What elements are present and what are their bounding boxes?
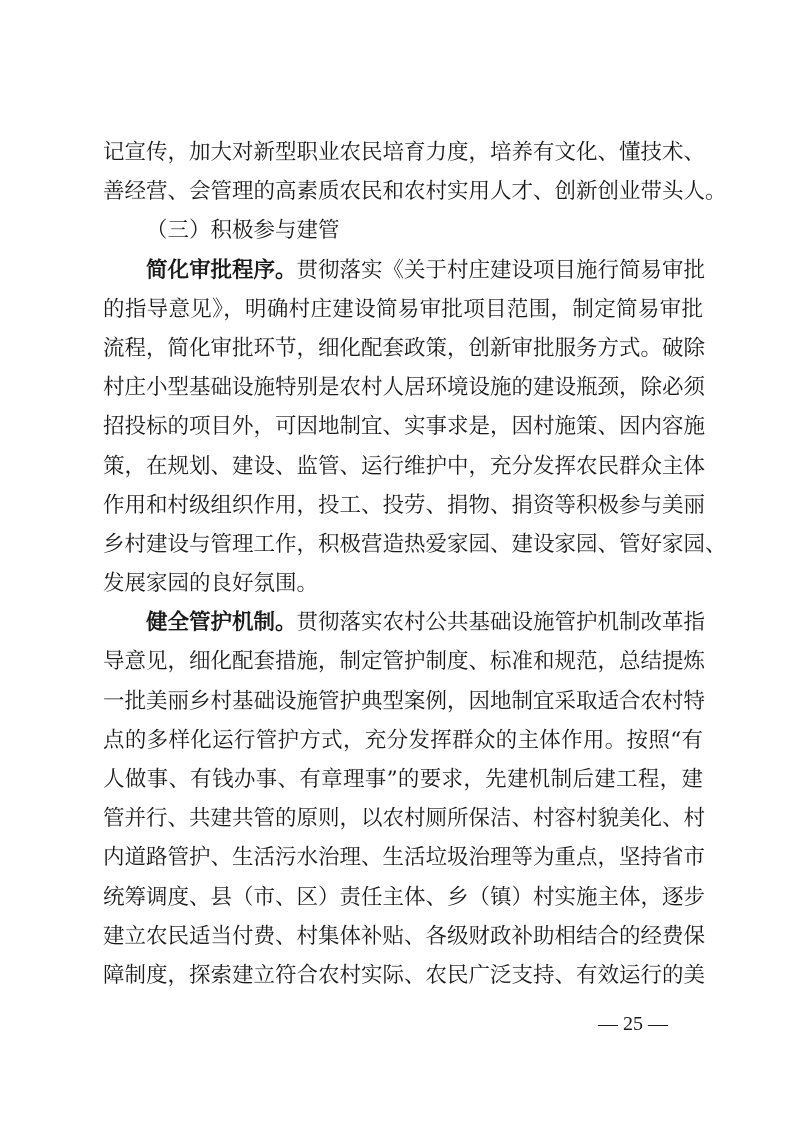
body-text-line: 一批美丽乡村基础设施管护典型案例，因地制宜采取适合农村特: [103, 682, 703, 721]
body-text-line: 点的多样化运行管护方式，充分发挥群众的主体作用。按照“有: [103, 721, 703, 760]
paragraph-lead-heading: 简化审批程序。: [146, 258, 297, 283]
paragraph-lead-heading: 健全管护机制。: [146, 610, 297, 635]
page-number: — 25 —: [598, 1013, 668, 1036]
body-text-line: 人做事、有钱办事、有章理事”的要求，先建机制后建工程，建: [103, 760, 703, 799]
body-text-line: 统筹调度、县（市、区）责任主体、乡（镇）村实施主体，逐步: [103, 878, 703, 917]
body-text-line: 管并行、共建共管的原则，以农村厕所保洁、村容村貌美化、村: [103, 799, 703, 838]
body-text-line: 记宣传，加大对新型职业农民培育力度，培养有文化、懂技术、: [103, 133, 703, 172]
body-text-line: 招投标的项目外，可因地制宜、实事求是，因村施策、因内容施: [103, 407, 703, 446]
body-text-line: 障制度，探索建立符合农村实际、农民广泛支持、有效运行的美: [103, 956, 703, 995]
paragraph-first-line: 健全管护机制。贯彻落实农村公共基础设施管护机制改革指: [103, 603, 703, 642]
body-text-line: 发展家园的良好氛围。: [103, 564, 703, 603]
body-text: 贯彻落实农村公共基础设施管护机制改革指: [297, 610, 706, 635]
body-text-line: 善经营、会管理的高素质农民和农村实用人才、创新创业带头人。: [103, 172, 703, 211]
body-text-line: 的指导意见》，明确村庄建设简易审批项目范围，制定简易审批: [103, 290, 703, 329]
body-text-line: 乡村建设与管理工作，积极营造热爱家园、建设家园、管好家园、: [103, 525, 703, 564]
body-text-line: 村庄小型基础设施特别是农村人居环境设施的建设瓶颈，除必须: [103, 368, 703, 407]
section-heading: （三）积极参与建管: [103, 211, 703, 250]
body-text-line: 内道路管护、生活污水治理、生活垃圾治理等为重点，坚持省市: [103, 838, 703, 877]
body-text-line: 导意见，细化配套措施，制定管护制度、标准和规范，总结提炼: [103, 642, 703, 681]
body-text-line: 作用和村级组织作用，投工、投劳、捐物、捐资等积极参与美丽: [103, 486, 703, 525]
body-text-line: 流程，简化审批环节，细化配套政策，创新审批服务方式。破除: [103, 329, 703, 368]
document-page: 记宣传，加大对新型职业农民培育力度，培养有文化、懂技术、 善经营、会管理的高素质…: [103, 133, 703, 995]
body-text-line: 策，在规划、建设、监管、运行维护中，充分发挥农民群众主体: [103, 447, 703, 486]
body-text: 贯彻落实《关于村庄建设项目施行简易审批: [297, 258, 706, 283]
paragraph-first-line: 简化审批程序。贯彻落实《关于村庄建设项目施行简易审批: [103, 251, 703, 290]
body-text-line: 建立农民适当付费、村集体补贴、各级财政补助相结合的经费保: [103, 917, 703, 956]
